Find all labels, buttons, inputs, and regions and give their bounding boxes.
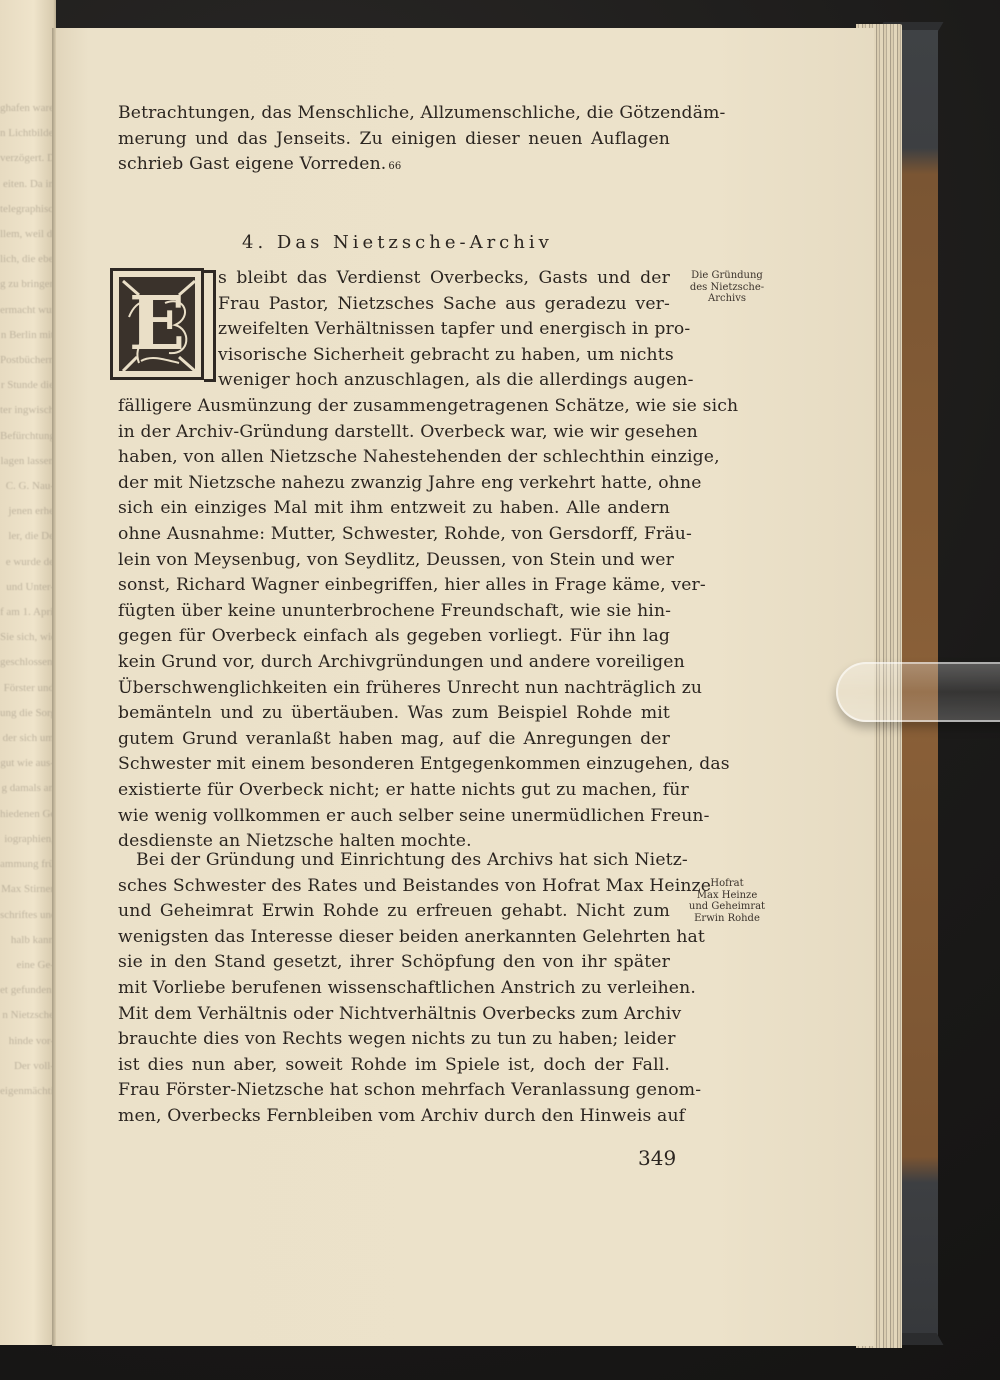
left-page-fragment: eine Ge- — [0, 953, 56, 978]
text-line: ist dies nun aber, soweit Rohde im Spiel… — [118, 1053, 670, 1079]
page-number: 349 — [638, 1146, 676, 1170]
text-line: merung und das Jenseits. Zu einigen dies… — [118, 127, 670, 153]
left-page-fragment: eiten. Da in — [0, 172, 56, 197]
text-line: haben, von allen Nietzsche Nahestehenden… — [118, 445, 670, 471]
text-line: ohne Ausnahme: Mutter, Schwester, Rohde,… — [118, 522, 670, 548]
left-page-fragment: und Unter- — [0, 575, 56, 600]
left-page-fragment: g zu bringen, — [0, 272, 56, 297]
text-line: kein Grund vor, durch Archivgründungen u… — [118, 650, 670, 676]
text-line: existierte für Overbeck nicht; er hatte … — [118, 778, 670, 804]
left-page-fragment: r Stunde die — [0, 373, 56, 398]
page-holder-clip[interactable] — [836, 662, 1000, 722]
left-page-fragment: iographien, — [0, 827, 56, 852]
text-line: Bei der Gründung und Einrichtung des Arc… — [118, 848, 670, 874]
text-line: weniger hoch anzuschlagen, als die aller… — [218, 368, 670, 394]
text-line: Frau Pastor, Nietzsches Sache aus gerade… — [218, 292, 670, 318]
left-page-fragment: et gefunden: — [0, 978, 56, 1003]
text-line: Überschwenglichkeiten ein früheres Unrec… — [118, 676, 670, 702]
footnote-reference[interactable]: 66 — [388, 161, 401, 172]
text-line: Frau Förster-Nietzsche hat schon mehrfac… — [118, 1078, 670, 1104]
left-page-fragment: Postbüchern noch — [0, 348, 56, 373]
left-page-fragment: verzögert. Die — [0, 146, 56, 171]
left-page-fragment: Max Stirner — [0, 877, 56, 902]
left-facing-page: ghafen warenn Lichtbildes,verzögert. Die… — [0, 0, 56, 1345]
left-page-fragment: e wurde de — [0, 550, 56, 575]
margin-note-line: Max Heinze — [676, 890, 778, 902]
text-line: mit Vorliebe berufenen wissenschaftliche… — [118, 976, 670, 1002]
text-line: bemänteln und zu übertäuben. Was zum Bei… — [118, 701, 670, 727]
text-line: in der Archiv-Gründung darstellt. Overbe… — [118, 420, 670, 446]
left-page-fragment: ermacht wurde, — [0, 298, 56, 323]
text-line: zweifelten Verhältnissen tapfer und ener… — [218, 317, 670, 343]
left-page-fragment: C. G. Nau- — [0, 474, 56, 499]
margin-note-line: des Nietzsche- — [676, 282, 778, 294]
text-line: Mit dem Verhältnis oder Nichtverhältnis … — [118, 1002, 670, 1028]
margin-note-line: und Geheimrat — [676, 901, 778, 913]
left-page-fragment: g damals an — [0, 776, 56, 801]
text-line: lein von Meysenbug, von Seydlitz, Deusse… — [118, 548, 670, 574]
section-number: 4. — [242, 232, 267, 253]
text-line: Betrachtungen, das Menschliche, Allzumen… — [118, 101, 670, 127]
intro-paragraph: Betrachtungen, das Menschliche, Allzumen… — [118, 101, 670, 178]
text-line: Schwester mit einem besonderen Entgegenk… — [118, 752, 670, 778]
margin-note-line: Hofrat — [676, 878, 778, 890]
text-line: der mit Nietzsche nahezu zwanzig Jahre e… — [118, 471, 670, 497]
text-line: wenigsten das Interesse dieser beiden an… — [118, 925, 670, 951]
left-page-fragment: ter ingwischen — [0, 398, 56, 423]
text-line: brauchte dies von Rechts wegen nichts zu… — [118, 1027, 670, 1053]
ornament-icon — [119, 277, 199, 375]
left-page-text-fragments: ghafen warenn Lichtbildes,verzögert. Die… — [0, 96, 56, 1104]
left-page-fragment: gut wie aus- — [0, 751, 56, 776]
text-line: wie wenig vollkommen er auch selber sein… — [118, 804, 670, 830]
left-page-fragment: geschlossenen — [0, 650, 56, 675]
section-title: Das Nietzsche-Archiv — [277, 232, 553, 253]
left-page-fragment: schriftes und — [0, 903, 56, 928]
drop-cap-frame — [204, 270, 216, 382]
left-page-fragment: ammung frü- — [0, 852, 56, 877]
section-heading: 4. Das Nietzsche-Archiv — [242, 232, 553, 253]
text-line: fälligere Ausmünzung der zusammengetrage… — [118, 394, 670, 420]
left-page-fragment: jenen erhe — [0, 499, 56, 524]
left-page-fragment: ghafen waren — [0, 96, 56, 121]
left-page-fragment: der sich um — [0, 726, 56, 751]
margin-note-line: Erwin Rohde — [676, 913, 778, 925]
text-line: gutem Grund veranlaßt haben mag, auf die… — [118, 727, 670, 753]
text-line: fügten über keine ununterbrochene Freund… — [118, 599, 670, 625]
text-line: sonst, Richard Wagner einbegriffen, hier… — [118, 573, 670, 599]
text-line: visorische Sicherheit gebracht zu haben,… — [218, 343, 670, 369]
text-line: sich ein einziges Mal mit ihm entzweit z… — [118, 496, 670, 522]
left-page-fragment: Sie sich, wie — [0, 625, 56, 650]
left-page-fragment: Befürchtung — [0, 424, 56, 449]
text-line: sie in den Stand gesetzt, ihrer Schöpfun… — [118, 950, 670, 976]
left-page-fragment: eigenmächtigen — [0, 1079, 56, 1104]
text-line-content: schrieb Gast eigene Vorreden. — [118, 154, 386, 174]
left-page-fragment: hinde vor- — [0, 1029, 56, 1054]
left-page-fragment: n Nietzsche — [0, 1003, 56, 1028]
left-page-fragment: lich, die eben — [0, 247, 56, 272]
text-line: und Geheimrat Erwin Rohde zu erfreuen ge… — [118, 899, 670, 925]
left-page-fragment: Der voll- — [0, 1054, 56, 1079]
margin-note-line: Die Gründung — [676, 270, 778, 282]
left-page-fragment: n Berlin mit — [0, 323, 56, 348]
left-page-fragment: n Lichtbildes, — [0, 121, 56, 146]
left-page-fragment: ung die Sorge — [0, 701, 56, 726]
margin-note-line: Archivs — [676, 293, 778, 305]
text-line: gegen für Overbeck einfach als gegeben v… — [118, 624, 670, 650]
left-page-fragment: ler, die De — [0, 524, 56, 549]
drop-cap-woodcut: E — [117, 275, 197, 373]
margin-note-archive-founding: Die Gründung des Nietzsche- Archivs — [676, 270, 778, 305]
ornamental-drop-cap: E — [110, 268, 204, 380]
text-line: men, Overbecks Fernbleiben vom Archiv du… — [118, 1104, 670, 1130]
left-page-fragment: telegraphisch — [0, 197, 56, 222]
paragraph-2: Bei der Gründung und Einrichtung des Arc… — [118, 848, 670, 1130]
left-page-fragment: Förster und — [0, 676, 56, 701]
paragraph-1-body: fälligere Ausmünzung der zusammengetrage… — [118, 394, 670, 855]
text-line: schrieb Gast eigene Vorreden.66 — [118, 152, 670, 178]
paragraph-1-opening: s bleibt das Verdienst Overbecks, Gasts … — [218, 266, 670, 394]
text-line: s bleibt das Verdienst Overbecks, Gasts … — [218, 266, 670, 292]
left-page-fragment: hiedenen Georg — [0, 802, 56, 827]
left-page-fragment: halb kann — [0, 928, 56, 953]
margin-note-heinze-rohde: Hofrat Max Heinze und Geheimrat Erwin Ro… — [676, 878, 778, 924]
left-page-fragment: f am 1. April — [0, 600, 56, 625]
text-line: sches Schwester des Rates und Beistandes… — [118, 874, 670, 900]
left-page-fragment: llem, weil de — [0, 222, 56, 247]
left-page-fragment: lagen lassen — [0, 449, 56, 474]
